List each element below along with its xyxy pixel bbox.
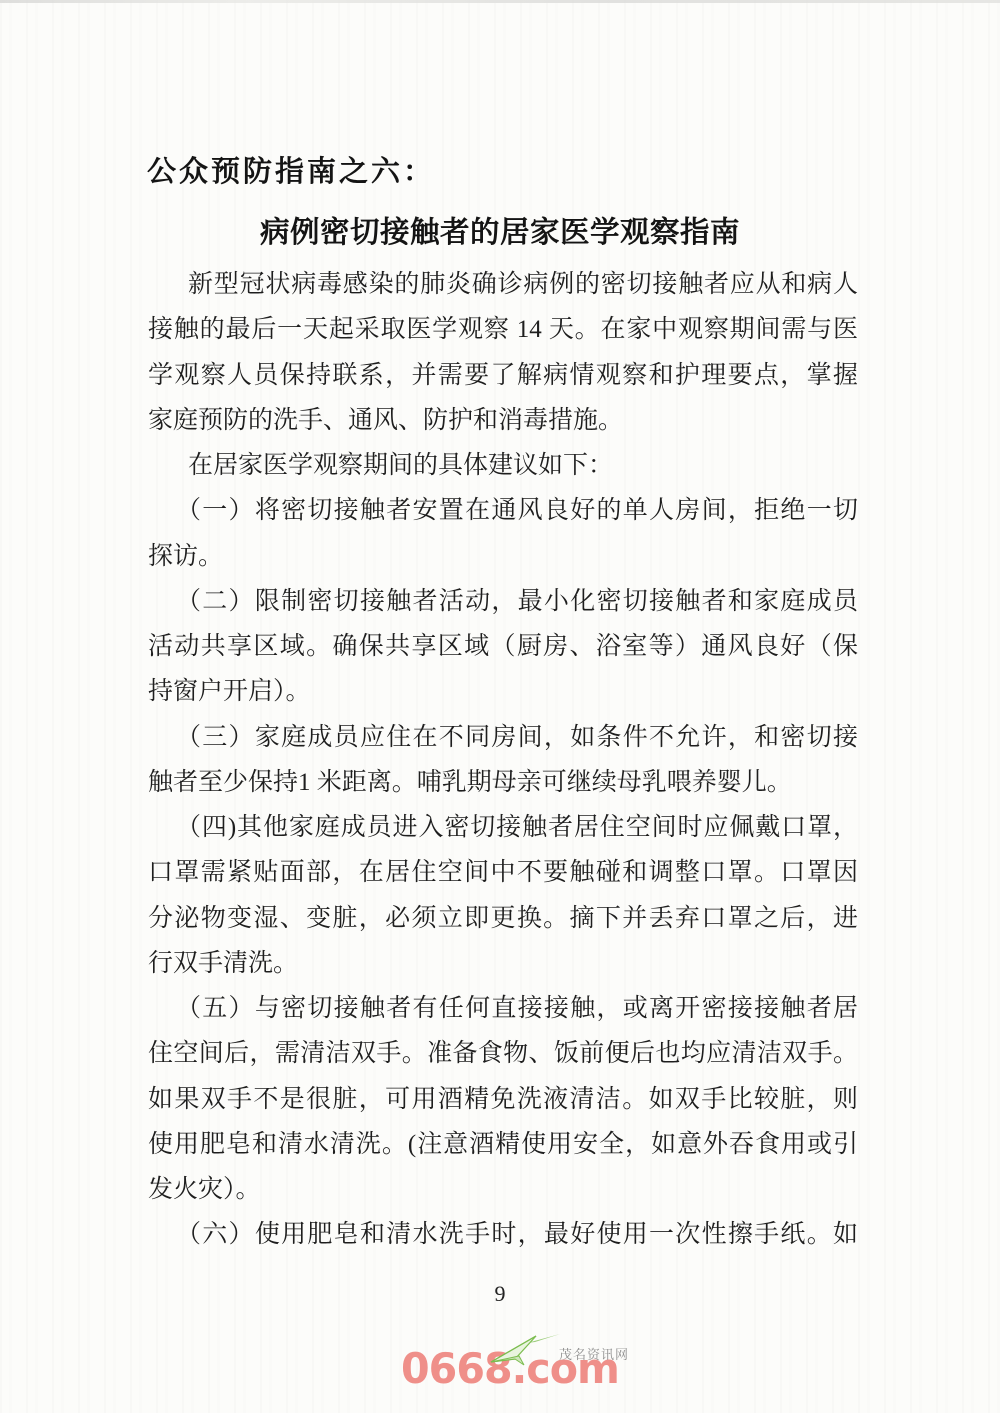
- text-line: （五）与密切接触者有任何直接接触，或离开密接接触者居: [148, 986, 858, 1031]
- text-line: 新型冠状病毒感染的肺炎确诊病例的密切接触者应从和病人: [148, 262, 858, 307]
- text-line: 口罩需紧贴面部，在居住空间中不要触碰和调整口罩。口罩因: [148, 850, 858, 895]
- text-line: （二）限制密切接触者活动，最小化密切接触者和家庭成员: [148, 579, 858, 624]
- text-line: （四)其他家庭成员进入密切接触者居住空间时应佩戴口罩，: [148, 805, 858, 850]
- paper-plane-icon: [489, 1334, 561, 1368]
- heading-kicker: 公众预防指南之六：: [147, 149, 435, 190]
- text-line: 学观察人员保持联系，并需要了解病情观察和护理要点，掌握: [148, 353, 858, 398]
- text-line: 触者至少保持1 米距离。哺乳期母亲可继续母乳喂养婴儿。: [148, 760, 858, 805]
- page-title: 病例密切接触者的居家医学观察指南: [0, 209, 1000, 251]
- text-line: （六）使用肥皂和清水洗手时，最好使用一次性擦手纸。如: [148, 1212, 858, 1257]
- text-line: 发火灾）。: [148, 1167, 858, 1212]
- text-line: 家庭预防的洗手、通风、防护和消毒措施。: [148, 398, 858, 443]
- text-line: 分泌物变湿、变脏，必须立即更换。摘下并丢弃口罩之后，进: [148, 896, 858, 941]
- text-line: （三）家庭成员应住在不同房间，如条件不允许，和密切接: [148, 715, 858, 760]
- text-line: 活动共享区域。确保共享区域（厨房、浴室等）通风良好（保: [148, 624, 858, 669]
- watermark: 0668.com 茂名资讯网: [401, 1334, 651, 1396]
- text-line: 使用肥皂和清水清洗。(注意酒精使用安全，如意外吞食用或引: [148, 1122, 858, 1167]
- watermark-site-name: 茂名资讯网: [559, 1344, 629, 1363]
- scan-top-edge: [0, 0, 1000, 3]
- body-text: 新型冠状病毒感染的肺炎确诊病例的密切接触者应从和病人接触的最后一天起采取医学观察…: [148, 262, 858, 1258]
- text-line: 持窗户开启）。: [148, 669, 858, 714]
- text-line: 行双手清洗。: [148, 941, 858, 986]
- page-number: 9: [0, 1281, 1000, 1307]
- text-line: 在居家医学观察期间的具体建议如下：: [148, 443, 858, 488]
- text-line: 探访。: [148, 534, 858, 579]
- text-line: 如果双手不是很脏，可用酒精免洗液清洁。如双手比较脏，则: [148, 1077, 858, 1122]
- text-line: 住空间后，需清洁双手。准备食物、饭前便后也均应清洁双手。: [148, 1031, 858, 1076]
- text-line: （一）将密切接触者安置在通风良好的单人房间，拒绝一切: [148, 488, 858, 533]
- text-line: 接触的最后一天起采取医学观察 14 天。在家中观察期间需与医: [148, 307, 858, 352]
